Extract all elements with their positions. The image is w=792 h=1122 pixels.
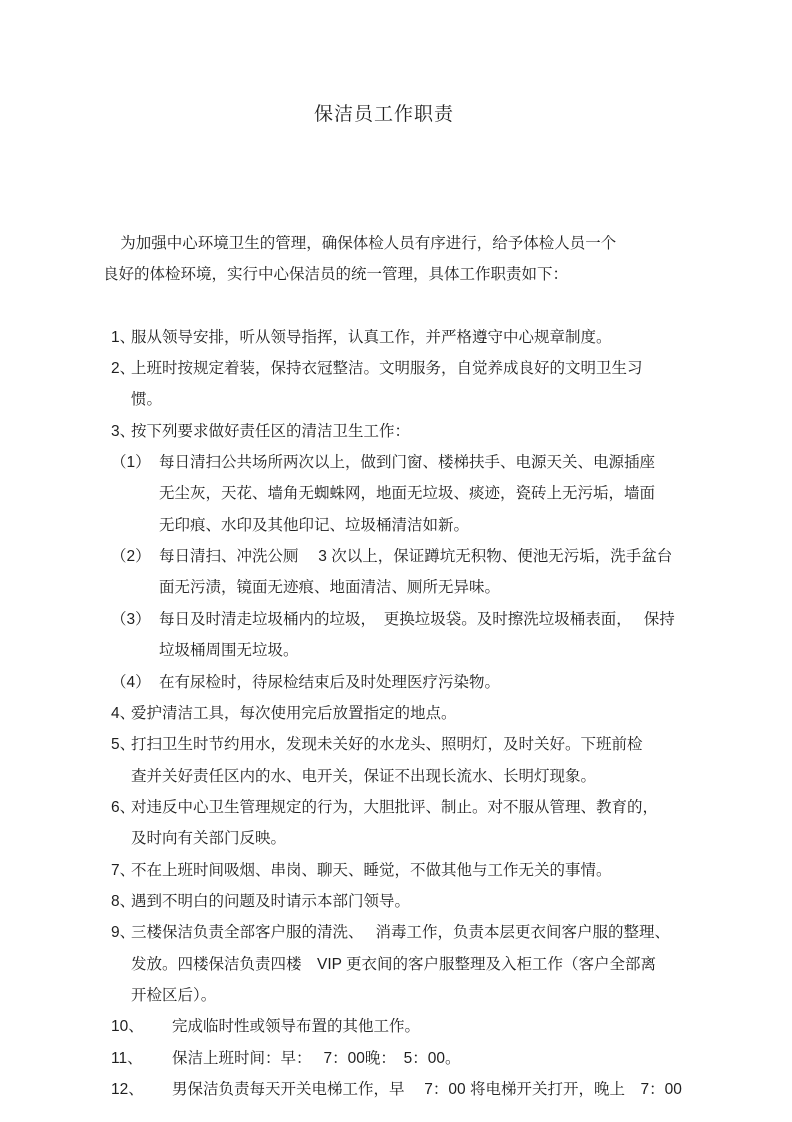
list-item: 3、 按下列要求做好责任区的清洁卫生工作： [103, 416, 723, 447]
item-number: 2、 [111, 353, 131, 384]
sub-list-item: （1） 每日清扫公共场所两次以上，做到门窗、楼梯扶手、电源天关、电源插座 无尘灰… [103, 447, 723, 541]
sub-list-item: （3） 每日及时清走垃圾桶内的垃圾， 更换垃圾袋。及时擦洗垃圾桶表面， 保持 垃… [103, 604, 723, 667]
paragraph: 为加强中心环境卫生的管理，确保体检人员有序进行，给予体检人员一个 良好的体检环境… [103, 165, 723, 322]
document-body: 为加强中心环境卫生的管理，确保体检人员有序进行，给予体检人员一个 良好的体检环境… [103, 165, 723, 1105]
sub-list-item: （2） 每日清扫、冲洗公厕 3 次以上，保证蹲坑无积物、便池无污垢，洗手盆台 面… [103, 541, 723, 604]
item-text: 不在上班时间吸烟、串岗、聊天、睡觉，不做其他与工作无关的事情。 [131, 855, 612, 886]
item-number: 3、 [111, 416, 131, 447]
item-number: 11、 [111, 1043, 172, 1074]
item-text: 在有尿检时，待尿检结束后及时处理医疗污染物。 [159, 667, 500, 698]
item-number: （3） [111, 604, 159, 635]
item-number: 8、 [111, 886, 131, 917]
item-text: 爱护清洁工具，每次使用完后放置指定的地点。 [131, 698, 457, 729]
list-item: 7、 不在上班时间吸烟、串岗、聊天、睡觉，不做其他与工作无关的事情。 [103, 855, 723, 886]
item-text: 为加强中心环境卫生的管理，确保体检人员有序进行，给予体检人员一个 良好的体检环境… [103, 235, 616, 283]
list-item: 1、 服从领导安排，听从领导指挥，认真工作，并严格遵守中心规章制度。 [103, 322, 723, 353]
item-number: 1、 [111, 322, 131, 353]
item-text: 对违反中心卫生管理规定的行为，大胆批评、制止。对不服从管理、教育的， 及时向有关… [131, 792, 658, 855]
list-item: 10、 完成临时性或领导布置的其他工作。 [103, 1011, 723, 1042]
list-item: 2、 上班时按规定着装，保持衣冠整洁。文明服务，自觉养成良好的文明卫生习 惯。 [103, 353, 723, 416]
document-page: 保洁员工作职责 为加强中心环境卫生的管理，确保体检人员有序进行，给予体检人员一个… [0, 0, 792, 1122]
item-number: 4、 [111, 698, 131, 729]
item-text: 遇到不明白的问题及时请示本部门领导。 [131, 886, 410, 917]
list-item: 11、 保洁上班时间：早： 7：00晚： 5：00。 [103, 1043, 723, 1074]
item-number: 12、 [111, 1074, 172, 1105]
list-item: 9、 三楼保洁负责全部客户服的清洗、 消毒工作，负责本层更衣间客户服的整理、 发… [103, 917, 723, 1011]
list-item: 5、 打扫卫生时节约用水，发现未关好的水龙头、照明灯，及时关好。下班前检 查并关… [103, 729, 723, 792]
item-number: 9、 [111, 917, 131, 948]
item-text: 每日清扫、冲洗公厕 3 次以上，保证蹲坑无积物、便池无污垢，洗手盆台 面无污渍，… [159, 541, 672, 604]
item-text: 保洁上班时间：早： 7：00晚： 5：00。 [172, 1043, 461, 1074]
item-number: 5、 [111, 729, 131, 760]
item-text: 男保洁负责每天开关电梯工作，早 7：00 将电梯开关打开，晚上 7：00 [172, 1074, 682, 1105]
item-text: 每日清扫公共场所两次以上，做到门窗、楼梯扶手、电源天关、电源插座 无尘灰，天花、… [159, 447, 655, 541]
list-item: 4、 爱护清洁工具，每次使用完后放置指定的地点。 [103, 698, 723, 729]
item-text: 每日及时清走垃圾桶内的垃圾， 更换垃圾袋。及时擦洗垃圾桶表面， 保持 垃圾桶周围… [159, 604, 675, 667]
item-number: 10、 [111, 1011, 172, 1042]
item-text: 三楼保洁负责全部客户服的清洗、 消毒工作，负责本层更衣间客户服的整理、 发放。四… [131, 917, 670, 1011]
item-number: 7、 [111, 855, 131, 886]
list-item: 12、 男保洁负责每天开关电梯工作，早 7：00 将电梯开关打开，晚上 7：00 [103, 1074, 723, 1105]
document-title: 保洁员工作职责 [0, 102, 768, 128]
item-number: （2） [111, 541, 159, 572]
item-text: 完成临时性或领导布置的其他工作。 [172, 1011, 420, 1042]
item-text: 服从领导安排，听从领导指挥，认真工作，并严格遵守中心规章制度。 [131, 322, 612, 353]
item-text: 按下列要求做好责任区的清洁卫生工作： [131, 416, 410, 447]
item-text: 上班时按规定着装，保持衣冠整洁。文明服务，自觉养成良好的文明卫生习 惯。 [131, 353, 643, 416]
list-item: 6、 对违反中心卫生管理规定的行为，大胆批评、制止。对不服从管理、教育的， 及时… [103, 792, 723, 855]
sub-list-item: （4） 在有尿检时，待尿检结束后及时处理医疗污染物。 [103, 667, 723, 698]
item-number: （1） [111, 447, 159, 478]
item-number: （4） [111, 667, 159, 698]
item-text: 打扫卫生时节约用水，发现未关好的水龙头、照明灯，及时关好。下班前检 查并关好责任… [131, 729, 643, 792]
list-item: 8、 遇到不明白的问题及时请示本部门领导。 [103, 886, 723, 917]
item-number: 6、 [111, 792, 131, 823]
